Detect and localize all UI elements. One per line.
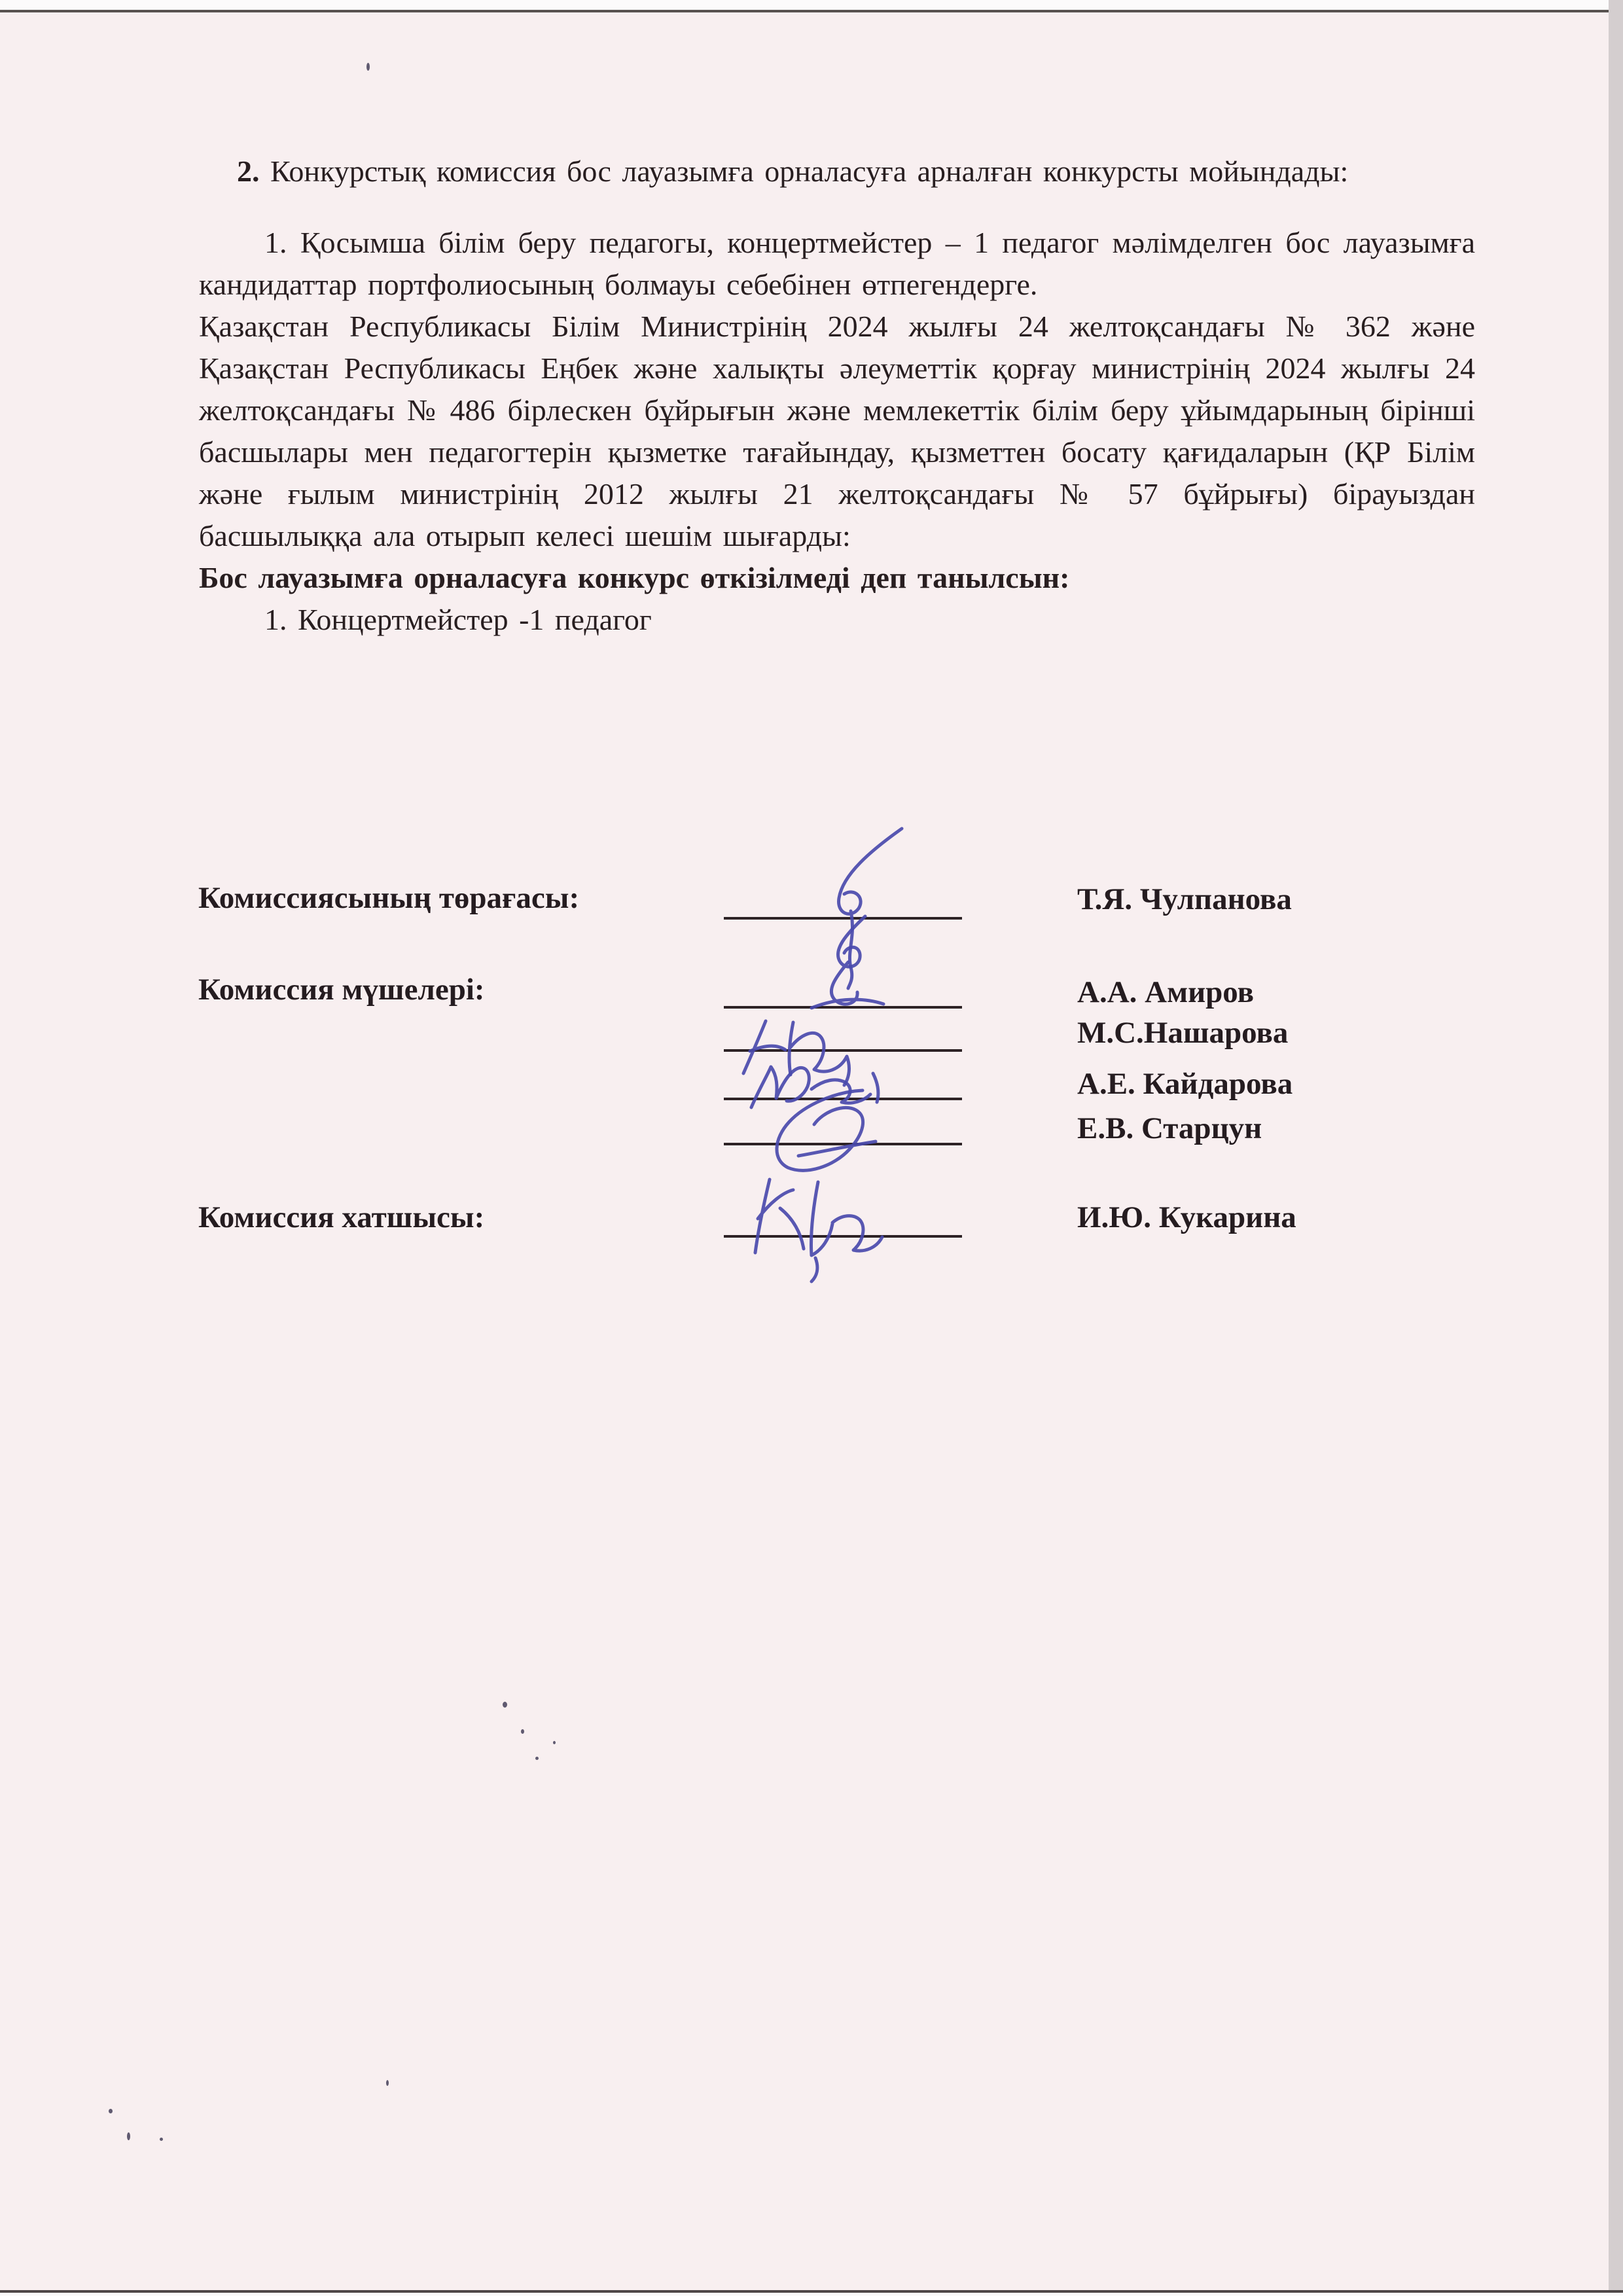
chairman-signature-ink [839,829,902,988]
signature-line-member-2 [724,1049,962,1052]
signature-line-member-1 [724,1006,962,1009]
scan-edge-top-white [0,0,1623,10]
paragraph-resolution-item: 1. Концертмейстер -1 педагог [199,599,1475,641]
member-name-1: А.А. Амиров [1077,974,1254,1011]
member-2-signature-ink [743,1021,849,1085]
scanned-document-page: 2. Конкурстық комиссия бос лауазымға орн… [0,0,1623,2296]
paragraph-commission-decision: 2. Конкурстық комиссия бос лауазымға орн… [199,151,1475,192]
ink-speck [535,1757,539,1760]
chairman-name: Т.Я. Чулпанова [1077,881,1292,918]
ink-speck [127,2132,130,2140]
member-3-signature-ink [751,1067,878,1107]
signature-line-secretary [724,1235,962,1238]
document-body: 2. Конкурстық комиссия бос лауазымға орн… [199,151,1475,641]
ink-speck [386,2080,389,2086]
secretary-label: Комиссия хатшысы: [198,1199,484,1236]
members-label: Комиссия мүшелері: [198,971,485,1008]
ink-speck [503,1702,507,1708]
paragraph-text: Конкурстық комиссия бос лауазымға орнала… [270,154,1348,188]
paragraph-text: Бос лауазымға орналасуға конкурс өткізіл… [199,561,1069,594]
paragraph-resolution-heading: Бос лауазымға орналасуға конкурс өткізіл… [199,557,1475,599]
ink-speck [553,1741,556,1744]
chairman-label: Комиссиясының төрағасы: [198,880,579,916]
secretary-name: И.Ю. Кукарина [1077,1199,1296,1236]
scan-edge-top-line [0,10,1623,12]
secretary-signature-ink [755,1179,882,1282]
ink-speck [160,2138,163,2141]
member-name-3: А.Е. Кайдарова [1077,1066,1293,1102]
member-4-signature-ink [777,1090,876,1170]
paragraph-text: 1. Концертмейстер -1 педагог [264,603,652,636]
member-name-4: Е.В. Старцун [1077,1110,1262,1147]
scan-edge-bottom-white [0,2293,1623,2296]
paragraph-legal-basis: Қазақстан Республикасы Білім Министрінің… [199,306,1475,557]
paragraph-item-concertmaster: 1. Қосымша білім беру педагогы, концертм… [199,222,1475,306]
signature-line-member-4 [724,1143,962,1145]
scan-edge-right-band [1609,0,1623,2296]
signature-line-member-3 [724,1098,962,1100]
member-name-2: М.С.Нашарова [1077,1014,1288,1051]
paragraph-text: Қазақстан Республикасы Білім Министрінің… [199,310,1475,552]
ink-speck [366,63,370,71]
ink-speck [109,2109,113,2113]
signature-line-chairman [724,917,962,920]
member-1-signature-ink [811,916,883,1008]
paragraph-text: 1. Қосымша білім беру педагогы, концертм… [199,226,1475,301]
ink-speck [521,1729,524,1734]
paragraph-number: 2. [237,154,260,188]
